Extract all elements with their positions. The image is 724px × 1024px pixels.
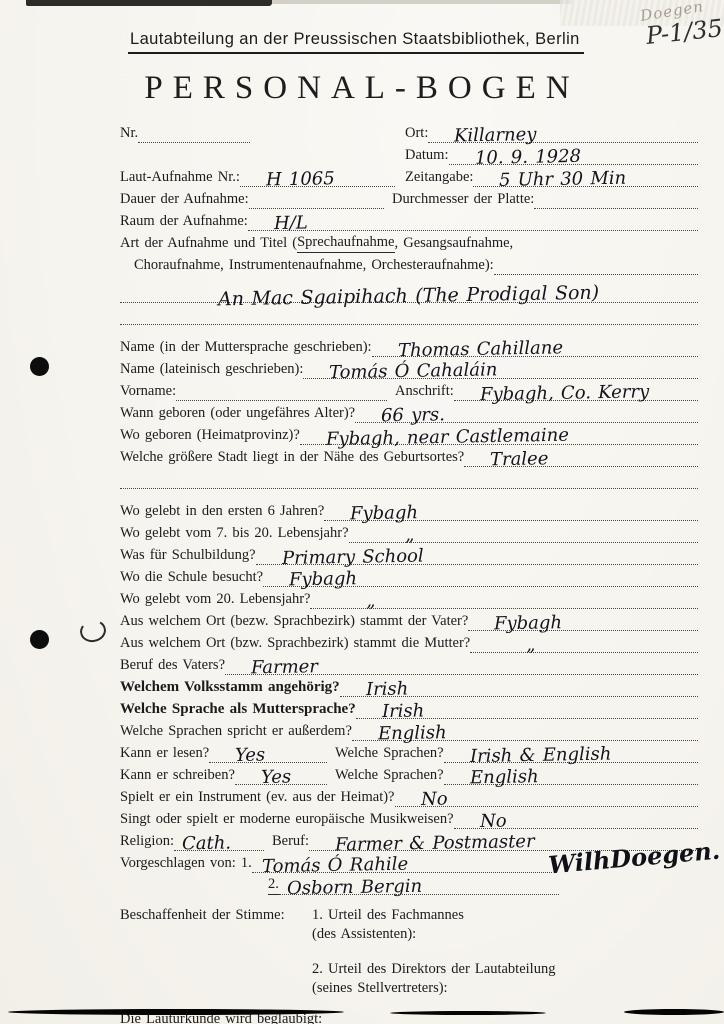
- name-muttersprache-label: Name (in der Muttersprache geschrieben):: [120, 339, 372, 357]
- vorgeschlagen-label: Vorgeschlagen von: 1.: [120, 855, 252, 873]
- muttersprache-value-line: Irish: [356, 696, 698, 719]
- vorgeschlagen-value1-line: Tomás Ó Rahile: [252, 850, 552, 873]
- gelebt-vom20-value: „: [310, 592, 376, 611]
- row-wo-geboren: Wo geboren (Heimatprovinz)? Fybagh, near…: [120, 423, 698, 445]
- scan-edge-artifact-bottom-2: [390, 1011, 546, 1015]
- nr-value-line: [138, 120, 250, 143]
- vorgeschlagen-label2: 2.: [268, 876, 279, 895]
- gelebt-7bis20-value: „: [348, 526, 414, 545]
- row-ort-mutter: Aus welchem Ort (bzw. Sprachbezirk) stam…: [120, 631, 698, 653]
- form-title: PERSONAL-BOGEN: [0, 70, 724, 107]
- beruf-value: Farmer & Postmaster: [309, 833, 535, 855]
- row-wann-geboren: Wann geboren (oder ungefähres Alter)? 66…: [120, 401, 698, 423]
- zeitangabe-value: 5 Uhr 30 Min: [473, 170, 626, 191]
- row-dauer-durchmesser: Dauer der Aufnahme: Durchmesser der Plat…: [120, 187, 698, 209]
- laut-aufnahme-nr-value-line: H 1065: [240, 164, 395, 187]
- wann-geboren-value: 66 yrs.: [355, 406, 445, 426]
- raum-value-line: H/L: [248, 208, 698, 231]
- gelebt-erste6-label: Wo gelebt in den ersten 6 Jahren?: [120, 503, 324, 521]
- kann-schreiben-value: Yes: [235, 769, 292, 788]
- schule-besucht-label: Wo die Schule besucht?: [120, 569, 263, 587]
- ort-vater-label: Aus welchem Ort (bezw. Sprachbezirk) sta…: [120, 613, 468, 631]
- row-vorname-anschrift: Vorname: Anschrift: Fybagh, Co. Kerry: [120, 379, 698, 401]
- anschrift-value: Fybagh, Co. Kerry: [454, 383, 649, 404]
- datum-label: Datum:: [405, 147, 449, 165]
- row-gelebt-erste6: Wo gelebt in den ersten 6 Jahren? Fybagh: [120, 499, 698, 521]
- row-gelebt-7bis20: Wo gelebt vom 7. bis 20. Lebensjahr? „: [120, 521, 698, 543]
- vorgeschlagen-value1: Tomás Ó Rahile: [252, 856, 408, 877]
- scan-edge-artifact-top: [26, 0, 272, 6]
- religion-value-line: Cath.: [174, 828, 264, 851]
- row-raum: Raum der Aufnahme: H/L: [120, 209, 698, 231]
- kann-lesen-value: Yes: [209, 747, 266, 766]
- voice-section: Beschaffenheit der Stimme: 1. Urteil des…: [120, 907, 698, 999]
- art-titel-value-line: An Mac Sgaipihach (The Prodigal Son): [120, 274, 698, 303]
- schule-besucht-value: Fybagh: [263, 570, 357, 590]
- name-lateinisch-label: Name (lateinisch geschrieben):: [120, 361, 303, 379]
- row-vorgeschlagen-2: 2. Osborn Bergin: [120, 873, 698, 895]
- nr-label: Nr.: [120, 125, 138, 143]
- beruf-vater-label: Beruf des Vaters?: [120, 657, 225, 675]
- row-art-titel-line2: Choraufnahme, Instrumentenaufnahme, Orch…: [120, 253, 698, 275]
- form-body: Nr. Ort: Killarney Datum: 10. 9. 1928 La…: [120, 121, 698, 1024]
- religion-value: Cath.: [174, 835, 231, 854]
- laut-aufnahme-nr-label: Laut-Aufnahme Nr.:: [120, 169, 240, 187]
- ort-label: Ort:: [405, 125, 428, 143]
- moderne-musik-value: No: [453, 813, 506, 832]
- raum-value: H/L: [248, 214, 308, 233]
- gelebt-erste6-value: Fybagh: [324, 504, 418, 524]
- vorgeschlagen-value2: Osborn Bergin: [279, 878, 422, 898]
- wann-geboren-label: Wann geboren (oder ungefähres Alter)?: [120, 405, 355, 423]
- name-lateinisch-value: Tomás Ó Cahaláin: [303, 361, 498, 382]
- gelebt-vom20-value-line: „: [310, 586, 698, 609]
- row-instrument: Spielt er ein Instrument (ev. aus der He…: [120, 785, 698, 807]
- row-sprachen-ausserdem: Welche Sprachen spricht er außerdem? Eng…: [120, 719, 698, 741]
- volksstamm-value-line: Irish: [340, 674, 698, 697]
- hole-punch-bottom: [30, 630, 49, 649]
- beruf-label: Beruf:: [272, 833, 309, 851]
- durchmesser-label: Durchmesser der Platte:: [392, 191, 534, 209]
- groessere-stadt-label: Welche größere Stadt liegt in der Nähe d…: [120, 449, 464, 467]
- row-moderne-musik: Singt oder spielt er moderne europäische…: [120, 807, 698, 829]
- row-gelebt-vom20: Wo gelebt vom 20. Lebensjahr? „: [120, 587, 698, 609]
- kann-lesen-value-line: Yes: [209, 740, 327, 763]
- moderne-musik-label: Singt oder spielt er moderne europäische…: [120, 811, 454, 829]
- art-titel-label-underlined: Sprechaufnahme: [297, 234, 394, 253]
- lesen-sprachen-value: Irish & English: [443, 746, 611, 767]
- lesen-sprachen-label: Welche Sprachen?: [335, 745, 444, 763]
- ort-value: Killarney: [428, 126, 537, 146]
- judgement-gap: [312, 945, 555, 961]
- row-kann-lesen: Kann er lesen? Yes Welche Sprachen? Iris…: [120, 741, 698, 763]
- instrument-value-line: No: [395, 784, 699, 807]
- volksstamm-value: Irish: [340, 680, 409, 699]
- row-ort-vater: Aus welchem Ort (bezw. Sprachbezirk) sta…: [120, 609, 698, 631]
- muttersprache-label: Welche Sprache als Muttersprache?: [120, 701, 356, 719]
- kann-lesen-label: Kann er lesen?: [120, 745, 209, 763]
- beruf-vater-value-line: Farmer: [225, 652, 698, 675]
- art-titel-label-rest: , Gesangsaufnahme,: [395, 235, 514, 253]
- muttersprache-value: Irish: [356, 702, 425, 721]
- datum-value: 10. 9. 1928: [448, 148, 580, 168]
- voice-judgements: 1. Urteil des Fachmannes (des Assistente…: [312, 907, 555, 999]
- row-empty-leader-2: [120, 467, 698, 489]
- vorname-label: Vorname:: [120, 383, 176, 401]
- wo-geboren-value: Fybagh, near Castlemaine: [300, 427, 569, 450]
- schreiben-sprachen-value: English: [443, 768, 538, 788]
- name-muttersprache-value: Thomas Cahillane: [371, 339, 562, 360]
- name-muttersprache-value-line: Thomas Cahillane: [372, 334, 698, 357]
- wo-geboren-label: Wo geboren (Heimatprovinz)?: [120, 427, 300, 445]
- pen-circle-mark: [78, 618, 108, 645]
- laut-aufnahme-nr-value: H 1065: [240, 170, 335, 190]
- zeitangabe-label: Zeitangabe:: [405, 169, 473, 187]
- beruf-vater-value: Farmer: [225, 658, 318, 678]
- judgement2-line1: 2. Urteil des Direktors der Lautabteilun…: [312, 961, 555, 980]
- schulbildung-label: Was für Schulbildung?: [120, 547, 256, 565]
- sprachen-ausserdem-label: Welche Sprachen spricht er außerdem?: [120, 723, 352, 741]
- judgement2-line2: (seines Stellvertreters):: [312, 980, 555, 999]
- ort-mutter-label: Aus welchem Ort (bzw. Sprachbezirk) stam…: [120, 635, 470, 653]
- row-schulbildung: Was für Schulbildung? Primary School: [120, 543, 698, 565]
- moderne-musik-value-line: No: [454, 806, 698, 829]
- row-schule-besucht: Wo die Schule besucht? Fybagh: [120, 565, 698, 587]
- dauer-label: Dauer der Aufnahme:: [120, 191, 249, 209]
- row-lautnr-zeit: Laut-Aufnahme Nr.: H 1065 Zeitangabe: 5 …: [120, 165, 698, 187]
- volksstamm-label: Welchem Volksstamm angehörig?: [120, 679, 340, 697]
- lesen-sprachen-value-line: Irish & English: [444, 740, 698, 763]
- row-art-titel-value: An Mac Sgaipihach (The Prodigal Son): [120, 275, 698, 303]
- hole-punch-top: [30, 357, 49, 376]
- row-nr-ort: Nr. Ort: Killarney: [120, 121, 698, 143]
- instrument-label: Spielt er ein Instrument (ev. aus der He…: [120, 789, 395, 807]
- judgement1-line2: (des Assistenten):: [312, 926, 555, 945]
- art-titel-label-line2: Choraufnahme, Instrumentenaufnahme, Orch…: [120, 257, 494, 275]
- row-name-muttersprache: Name (in der Muttersprache geschrieben):…: [120, 335, 698, 357]
- row-beruf-vater: Beruf des Vaters? Farmer: [120, 653, 698, 675]
- gelebt-erste6-value-line: Fybagh: [324, 498, 698, 521]
- schulbildung-value-line: Primary School: [256, 542, 698, 565]
- row-volksstamm: Welchem Volksstamm angehörig? Irish: [120, 675, 698, 697]
- voice-section-label: Beschaffenheit der Stimme:: [120, 907, 312, 999]
- anschrift-label: Anschrift:: [395, 383, 454, 401]
- religion-label: Religion:: [120, 833, 174, 851]
- gelebt-vom20-label: Wo gelebt vom 20. Lebensjahr?: [120, 591, 310, 609]
- row-muttersprache: Welche Sprache als Muttersprache? Irish: [120, 697, 698, 719]
- gelebt-7bis20-label: Wo gelebt vom 7. bis 20. Lebensjahr?: [120, 525, 349, 543]
- art-titel-label-prefix: Art der Aufnahme und Titel (: [120, 235, 297, 253]
- groessere-stadt-value-line: Tralee: [464, 444, 698, 467]
- scan-edge-artifact-bottom-3: [624, 1009, 724, 1015]
- groessere-stadt-value: Tralee: [464, 450, 549, 469]
- anschrift-value-line: Fybagh, Co. Kerry: [454, 378, 698, 401]
- row-datum: Datum: 10. 9. 1928: [120, 143, 698, 165]
- scan-edge-artifact-bottom-1: [8, 1009, 344, 1015]
- ort-vater-value: Fybagh: [468, 614, 562, 634]
- art-titel-line2-leader: [494, 252, 698, 275]
- row-art-titel-line1: Art der Aufnahme und Titel (Sprechaufnah…: [120, 231, 698, 253]
- sprachen-ausserdem-value: English: [352, 724, 447, 744]
- judgement1-line1: 1. Urteil des Fachmannes: [312, 907, 555, 926]
- ort-vater-value-line: Fybagh: [468, 608, 698, 631]
- empty-leader-line-2: [120, 466, 698, 489]
- schreiben-sprachen-label: Welche Sprachen?: [335, 767, 444, 785]
- scanned-form-page: Doegen P-1/35 Lautabteilung an der Preus…: [0, 0, 724, 1024]
- row-name-lateinisch: Name (lateinisch geschrieben): Tomás Ó C…: [120, 357, 698, 379]
- kann-schreiben-label: Kann er schreiben?: [120, 767, 235, 785]
- row-kann-schreiben: Kann er schreiben? Yes Welche Sprachen? …: [120, 763, 698, 785]
- ort-mutter-value: „: [470, 636, 536, 655]
- instrument-value: No: [394, 791, 447, 810]
- ort-value-line: Killarney: [428, 120, 698, 143]
- raum-label: Raum der Aufnahme:: [120, 213, 248, 231]
- schulbildung-value: Primary School: [255, 548, 423, 569]
- scan-edge-artifact-top-faint: [272, 0, 572, 4]
- name-lateinisch-value-line: Tomás Ó Cahaláin: [303, 356, 698, 379]
- institution-header: Lautabteilung an der Preussischen Staats…: [128, 30, 584, 54]
